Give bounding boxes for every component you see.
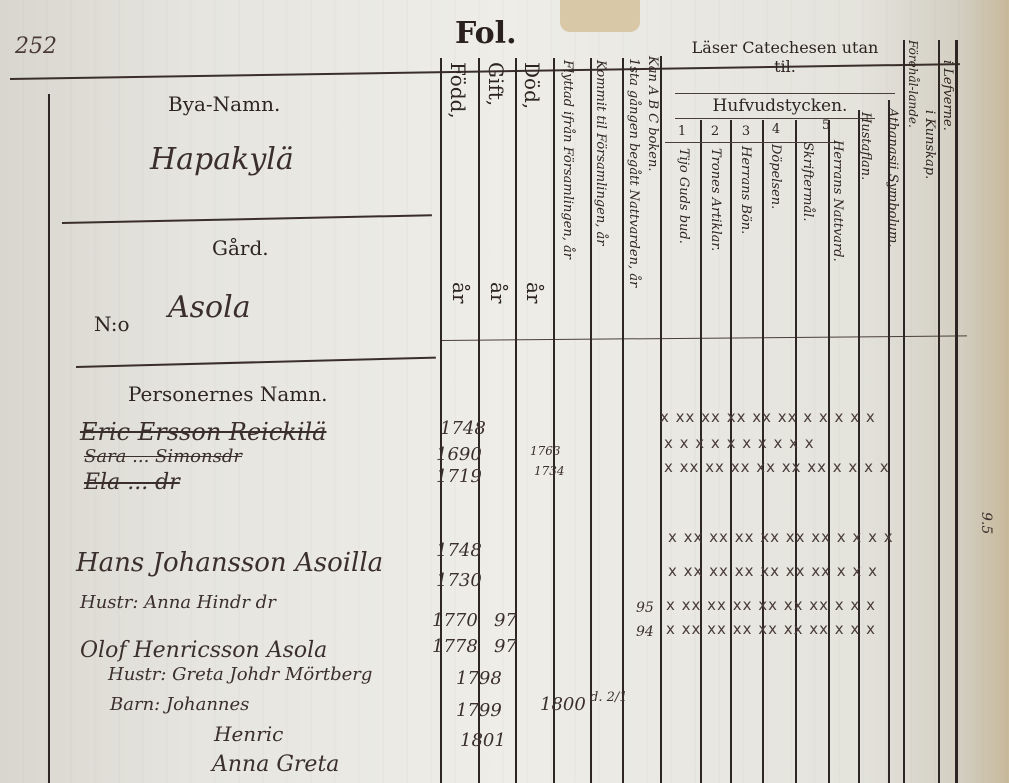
catechism-marks: x xx xx xx xx xx xx x x x x bbox=[668, 528, 894, 546]
birth-year: 1801 bbox=[460, 730, 506, 751]
catechism-marks: x xx xx xx xx xx xx x x x bbox=[666, 596, 876, 614]
book-tab bbox=[560, 0, 640, 32]
part-herrans-nattvard: Herrans Nattvard. bbox=[830, 140, 845, 262]
death-year: 1734 bbox=[534, 464, 565, 478]
birth-year: 1798 bbox=[456, 668, 502, 689]
col-in-life: i Lefverne. bbox=[940, 60, 955, 131]
catechism-marks: x x x x x x x x x x bbox=[664, 434, 815, 452]
person-name: Sara ... Simonsdr bbox=[84, 446, 242, 467]
part-num-3: 3 bbox=[736, 124, 756, 139]
col-athanasii: Athanasii Symbolum. bbox=[885, 108, 900, 247]
folio-number: 252 bbox=[15, 34, 57, 59]
person-name: Eric Ersson Reickilä bbox=[80, 418, 327, 446]
part-tijo-guds-bud: Tijo Guds bud. bbox=[676, 148, 691, 244]
village-value: Hapakylä bbox=[150, 142, 294, 177]
catechism-marks: x xx xx xx xx xx xx x x x bbox=[666, 620, 876, 638]
death-note: d. 2/1 bbox=[590, 690, 628, 705]
farm-label: Gård. bbox=[212, 236, 269, 260]
part-herrans-bon: Herrans Bön. bbox=[738, 146, 753, 234]
person-name: Ela ... dr bbox=[84, 470, 180, 495]
col-line bbox=[903, 40, 905, 783]
rule-hufvud bbox=[675, 118, 875, 119]
persons-label: Personernes Namn. bbox=[128, 382, 328, 406]
birth-year: 1719 bbox=[436, 466, 482, 487]
person-name: Anna Greta bbox=[212, 752, 339, 777]
col-line bbox=[858, 110, 860, 783]
col-moved-in: Kommit til Församlingen, år bbox=[593, 60, 608, 245]
rule-catechism bbox=[675, 93, 895, 94]
marriage-year: 97 bbox=[494, 636, 517, 657]
birth-year: 1730 bbox=[436, 570, 482, 591]
catechism-marks: x xx xx xx xx xx xx x x x bbox=[668, 562, 878, 580]
person-name: Barn: Johannes bbox=[110, 694, 249, 715]
person-name: Hans Johansson Asoilla bbox=[76, 548, 383, 578]
death-year: 1763 bbox=[530, 444, 561, 458]
main-parts-header: Hufvudstycken. bbox=[700, 96, 860, 116]
page-title: Fol. bbox=[455, 16, 517, 51]
birth-year: 1770 bbox=[432, 610, 478, 631]
col-behaviour: Förehål-lande. bbox=[906, 40, 920, 128]
part-num-4: 4 bbox=[766, 122, 786, 137]
col-line bbox=[938, 40, 940, 783]
part-num-2: 2 bbox=[705, 124, 725, 139]
year-born: år bbox=[448, 282, 472, 303]
person-name: Hustr: Greta Johdr Mörtberg bbox=[108, 664, 372, 685]
birth-year: 1748 bbox=[436, 540, 482, 561]
col-abc-book: Kan A B C boken. bbox=[645, 56, 660, 171]
communion-year: 95 bbox=[636, 600, 654, 616]
person-name: Henric bbox=[214, 722, 283, 746]
part-skriftermal: Skriftermål. bbox=[800, 142, 815, 221]
death-year: 1800 bbox=[540, 694, 586, 715]
person-name: Olof Henricsson Asola bbox=[80, 638, 327, 663]
left-border bbox=[48, 94, 50, 783]
farm-no-label: N:o bbox=[94, 312, 130, 336]
margin-note: 9.5 bbox=[978, 512, 994, 534]
col-moved-out: Flyttad ifrån Församlingen, år bbox=[560, 60, 575, 259]
col-in-knowledge: i Kunskap. bbox=[922, 110, 937, 179]
year-died: år bbox=[522, 282, 546, 303]
col-line bbox=[955, 40, 958, 783]
person-name: Hustr: Anna Hindr dr bbox=[80, 592, 276, 613]
birth-year: 1748 bbox=[440, 418, 486, 439]
marriage-year: 97 bbox=[494, 610, 517, 631]
col-first-communion: 1sta gången begått Nattvarden, år bbox=[626, 58, 641, 287]
communion-year: 94 bbox=[636, 624, 654, 640]
col-line bbox=[590, 58, 592, 783]
part-num-1: 1 bbox=[672, 124, 692, 139]
birth-year: 1799 bbox=[456, 700, 502, 721]
register-page: 252 Fol. Bya-Namn. Hapakylä Gård. N:o As… bbox=[0, 0, 1009, 783]
col-line bbox=[515, 58, 517, 783]
catechism-marks: x xx xx xx xx xx xx x x x x bbox=[664, 458, 890, 476]
part-trones-artiklar: Trones Artiklar. bbox=[708, 148, 723, 251]
catechism-marks: x xx xx xx xx xx x x x x x bbox=[660, 408, 876, 426]
birth-year: 1690 bbox=[436, 444, 482, 465]
col-line bbox=[622, 58, 624, 783]
birth-year: 1778 bbox=[432, 636, 478, 657]
col-line bbox=[553, 58, 555, 783]
col-died: Död, bbox=[520, 62, 544, 109]
part-dopelsen: Döpelsen. bbox=[768, 144, 783, 209]
col-born: Född, bbox=[446, 62, 470, 119]
village-label: Bya-Namn. bbox=[168, 92, 280, 116]
col-married: Gift, bbox=[484, 62, 508, 106]
col-hustaflan: Hustaflan. bbox=[858, 112, 873, 180]
part-num-5: 5 bbox=[816, 118, 836, 133]
year-married: år bbox=[486, 282, 510, 303]
farm-value: Asola bbox=[168, 290, 251, 325]
catechism-header: Läser Catechesen utan til. bbox=[690, 38, 880, 76]
